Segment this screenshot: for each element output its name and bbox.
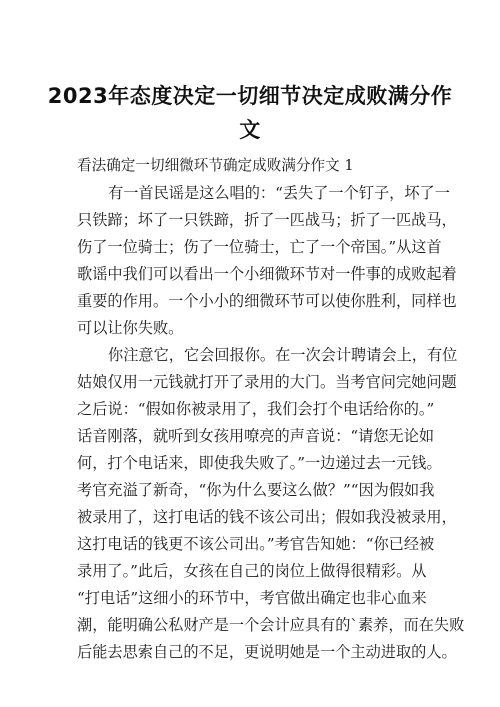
essay-subtitle: 看法确定一切细微环节确定成败满分作文 1	[77, 156, 354, 176]
paragraph-2-line: “打电话”这细小的环节中，考官做出确定也非心血来	[77, 588, 423, 608]
paragraph-2-line: 考官充溢了新奇，“你为什么要这么做？”“因为假如我	[77, 480, 423, 500]
paragraph-2-line: 录用了。”此后，女孩在自己的岗位上做得很精彩。从	[77, 561, 423, 581]
paragraph-1-line: 有一首民谣是这么唱的：“丢失了一个钉子，坏了一	[108, 183, 423, 203]
document-title-line-2: 文	[0, 114, 500, 144]
paragraph-2-line: 之后说：“假如你被录用了，我们会打个电话给你的。”	[77, 399, 423, 419]
document-title-line-1: 2023年态度决定一切细节决定成败满分作	[0, 80, 500, 110]
paragraph-2-line: 后能去思索自己的不足，更说明她是一个主动进取的人。	[77, 642, 423, 662]
paragraph-2-line: 姑娘仅用一元钱就打开了录用的大门。当考官问完她问题	[77, 372, 423, 392]
paragraph-1-line: 歌谣中我们可以看出一个小细微环节对一件事的成败起着	[77, 264, 423, 284]
paragraph-2-line: 你注意它，它会回报你。在一次会计聘请会上，有位	[108, 345, 423, 365]
paragraph-1-line: 只铁蹄；坏了一只铁蹄，折了一匹战马；折了一匹战马，	[77, 210, 423, 230]
paragraph-2-line: 潮，能明确公私财产是一个会计应具有的`素养，而在失败	[77, 615, 423, 635]
paragraph-1-line: 重要的作用。一个小小的细微环节可以使你胜利，同样也	[77, 291, 423, 311]
document-page: 2023年态度决定一切细节决定成败满分作 文 看法确定一切细微环节确定成败满分作…	[0, 0, 500, 707]
paragraph-1-line: 可以让你失败。	[77, 318, 423, 338]
paragraph-2-line: 话音刚落，就听到女孩用嘹亮的声音说：“请您无论如	[77, 426, 423, 446]
paragraph-1-line: 伤了一位骑士；伤了一位骑士，亡了一个帝国。”从这首	[77, 237, 423, 257]
paragraph-2-line: 何，打个电话来，即使我失败了。”一边递过去一元钱。	[77, 453, 423, 473]
paragraph-2-line: 这打电话的钱更不该公司出。”考官告知她：“你已经被	[77, 534, 423, 554]
paragraph-2-line: 被录用了，这打电话的钱不该公司出；假如我没被录用，	[77, 507, 423, 527]
